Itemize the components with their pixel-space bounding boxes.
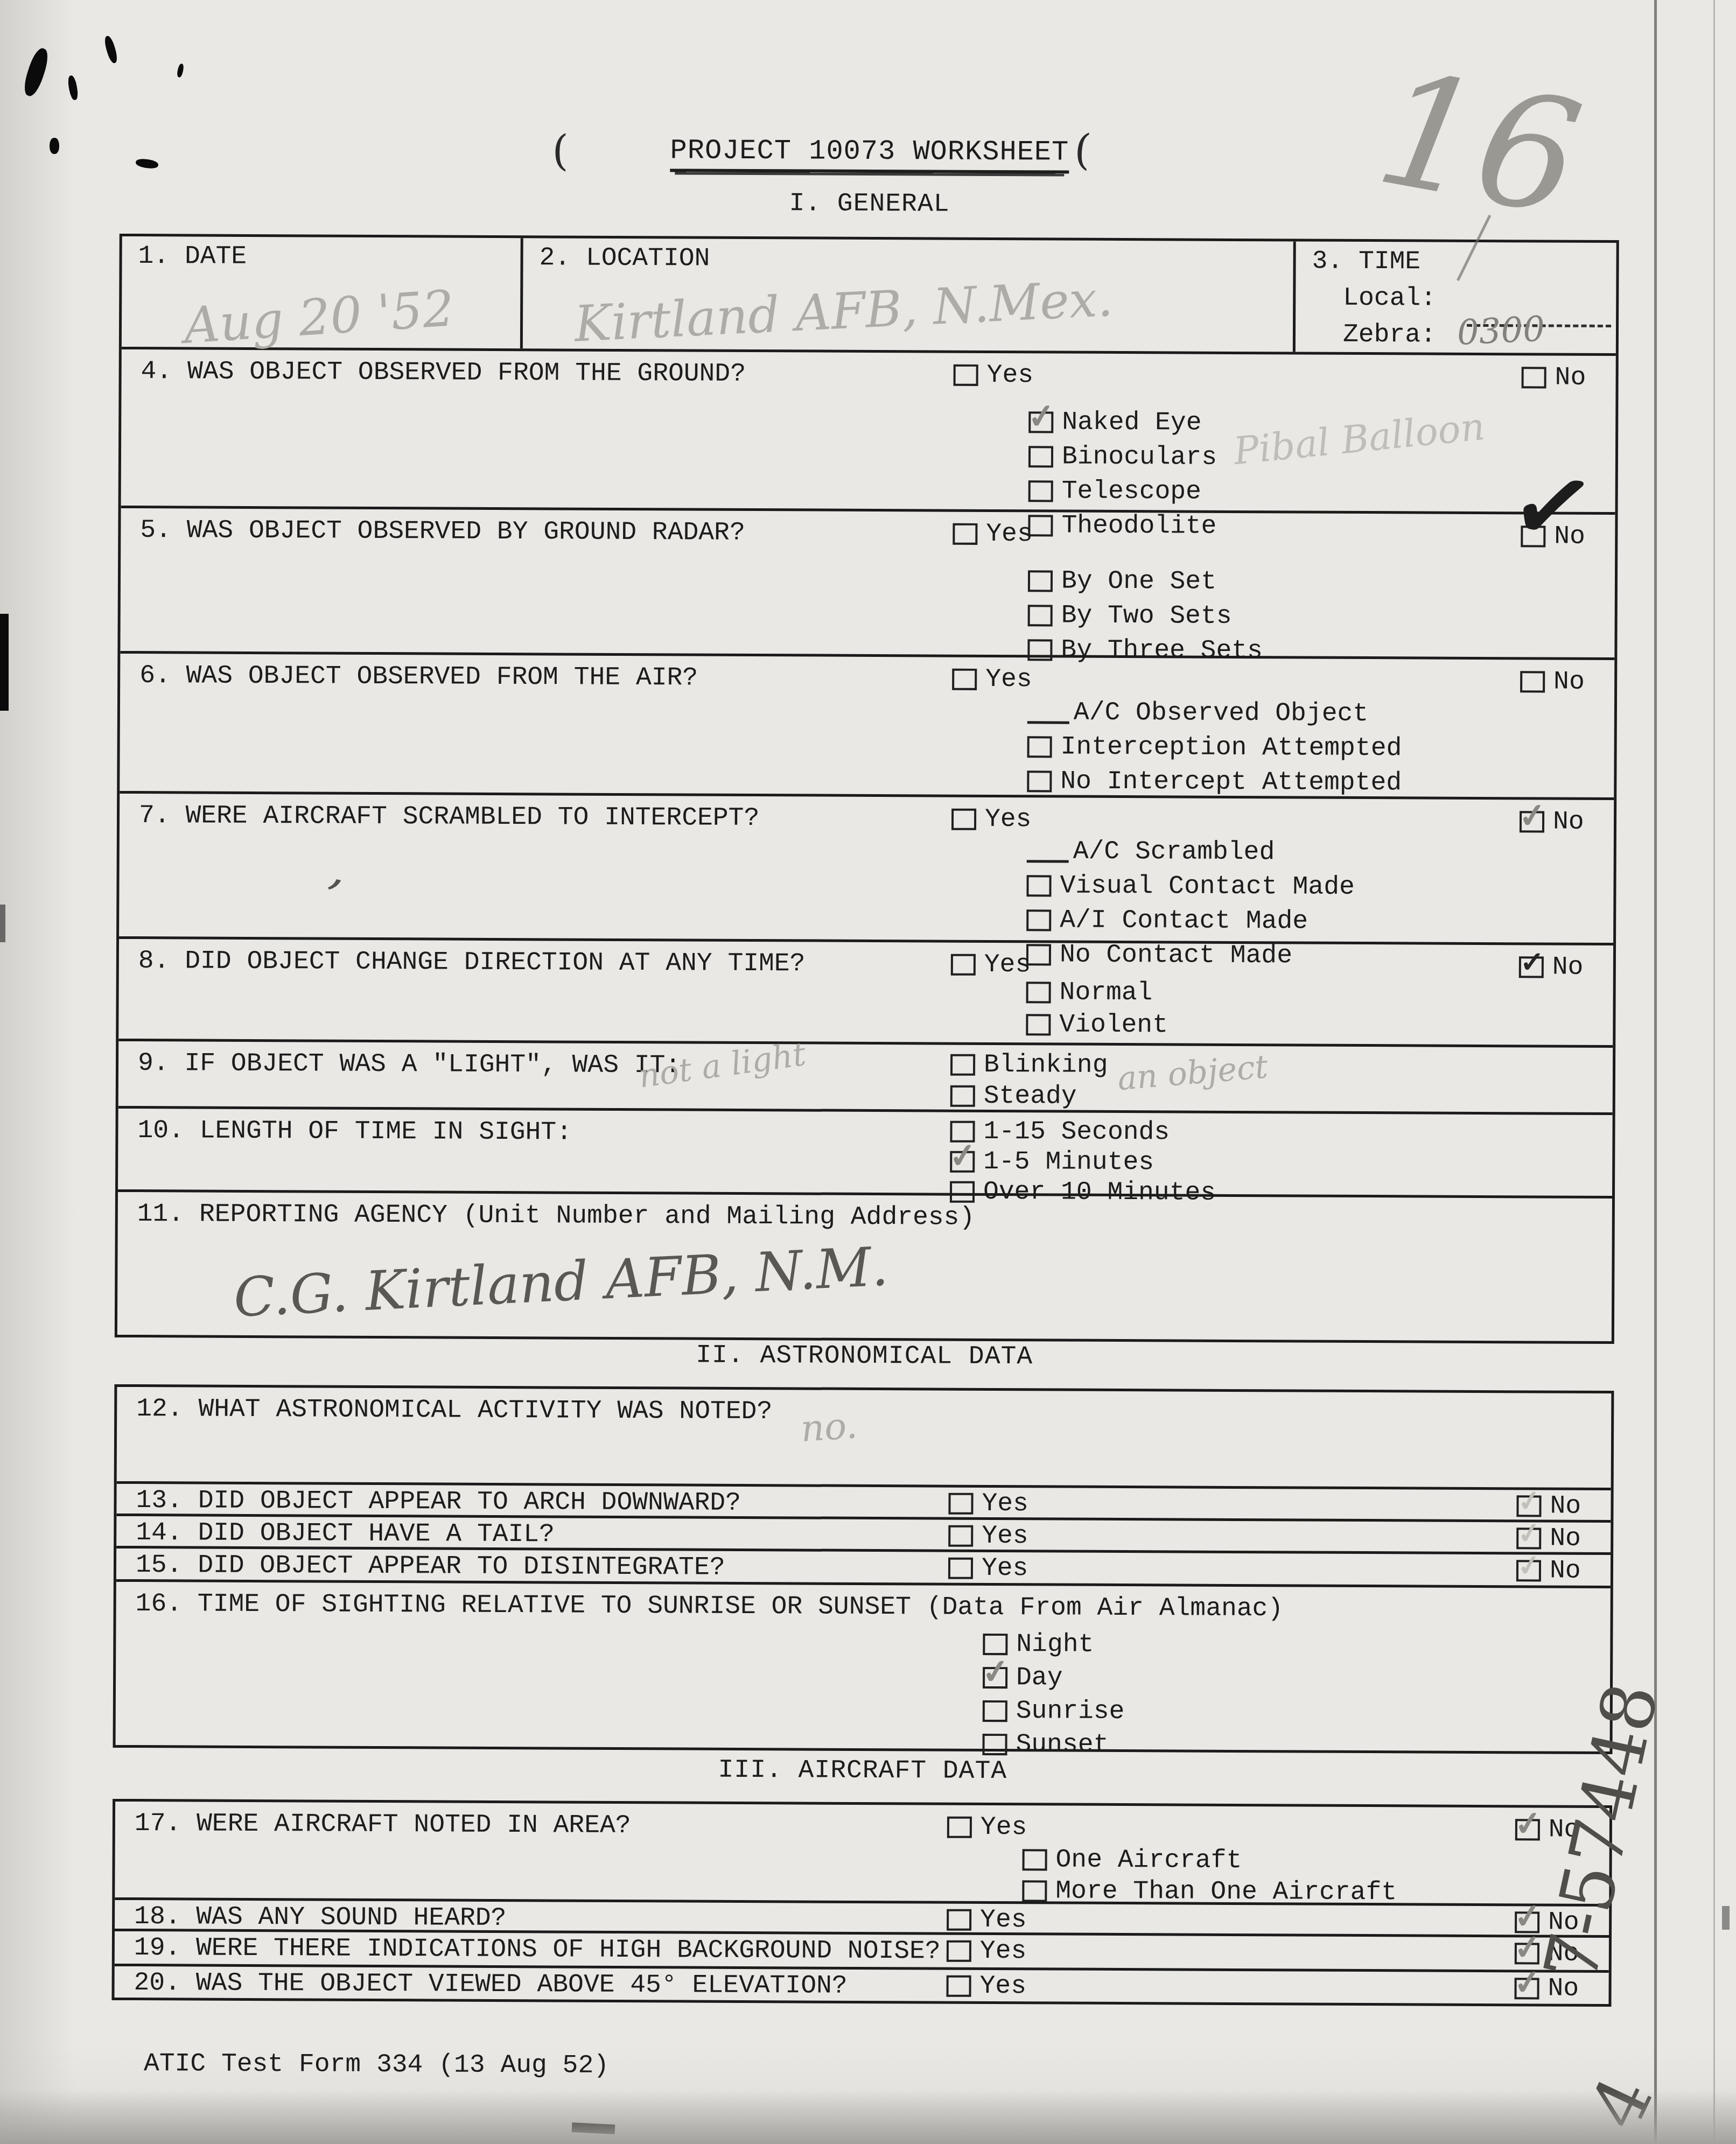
question-7-yes-checkbox xyxy=(951,809,976,830)
yes-label: Yes xyxy=(982,1522,1028,1551)
option-ac-scrambled: A/C Scrambled xyxy=(1027,834,1355,870)
option-binoculars-checkbox xyxy=(1028,446,1053,467)
option-ac-observed-object: A/C Observed Object xyxy=(1027,695,1402,731)
question-13-text: 13. DID OBJECT APPEAR TO ARCH DOWNWARD? xyxy=(136,1486,741,1518)
no-label: No xyxy=(1550,1557,1581,1586)
question-17-no-checkbox xyxy=(1515,1819,1540,1840)
option-telescope-label: Telescope xyxy=(1062,477,1201,507)
option-sunset-checkbox xyxy=(982,1734,1007,1755)
question-13-yes-checkbox xyxy=(948,1493,973,1515)
no-label: No xyxy=(1553,668,1585,697)
film-edge-line xyxy=(1654,0,1657,2144)
question-7-text: 7. WERE AIRCRAFT SCRAMBLED TO INTERCEPT? xyxy=(139,801,759,833)
film-edge-mark xyxy=(0,614,9,711)
yes-label: Yes xyxy=(984,950,1031,979)
question-14-no-checkbox xyxy=(1516,1528,1541,1549)
question-7-no: No xyxy=(1520,807,1584,837)
option-binoculars: Binoculars xyxy=(1028,439,1217,475)
option-more-than-one-aircraft-checkbox xyxy=(1022,1880,1047,1902)
question-4-text: 4. WAS OBJECT OBSERVED FROM THE GROUND? xyxy=(141,357,746,389)
question-12-row: 12. WHAT ASTRONOMICAL ACTIVITY WAS NOTED… xyxy=(117,1387,1612,1490)
option-no-intercept-attempted: No Intercept Attempted xyxy=(1027,764,1402,800)
option-no-intercept-attempted-checkbox xyxy=(1027,770,1052,792)
question-10-row: 10. LENGTH OF TIME IN SIGHT: 1-15 Second… xyxy=(118,1109,1613,1199)
blank-line-prefix xyxy=(1027,702,1069,724)
option-night-label: Night xyxy=(1016,1630,1094,1659)
question-6-text: 6. WAS OBJECT OBSERVED FROM THE AIR? xyxy=(139,661,698,693)
option-no-intercept-attempted-label: No Intercept Attempted xyxy=(1060,767,1402,798)
question-19-yes: Yes xyxy=(947,1937,1027,1966)
option-by-two-sets-checkbox xyxy=(1028,605,1053,626)
option-normal: Normal xyxy=(1026,976,1168,1009)
question-14-yes-checkbox xyxy=(948,1525,973,1547)
option-1-15-seconds-label: 1-15 Seconds xyxy=(983,1117,1170,1147)
option-steady-label: Steady xyxy=(984,1082,1077,1111)
option-visual-contact-made-checkbox xyxy=(1026,875,1051,896)
option-sunrise: Sunrise xyxy=(983,1694,1125,1728)
date-handwritten-value: Aug 20 '52 xyxy=(182,279,456,355)
scan-bottom-shadow xyxy=(0,2090,1736,2144)
question-4-yes-checkbox xyxy=(954,365,978,386)
aircraft-table: 17. WERE AIRCRAFT NOTED IN AREA? Yes No … xyxy=(111,1799,1612,2007)
option-day: Day xyxy=(983,1661,1125,1695)
question-16-text: 16. TIME OF SIGHTING RELATIVE TO SUNRISE… xyxy=(136,1589,1284,1623)
question-6-yes: Yes xyxy=(952,665,1032,695)
no-label: No xyxy=(1553,808,1584,837)
option-visual-contact-made-label: Visual Contact Made xyxy=(1060,872,1355,902)
yes-label: Yes xyxy=(980,1905,1027,1935)
question-10-text: 10. LENGTH OF TIME IN SIGHT: xyxy=(137,1116,572,1147)
form-number-footer: ATIC Test Form 334 (13 Aug 52) xyxy=(144,2049,609,2080)
option-steady: Steady xyxy=(950,1081,1108,1112)
option-by-one-set-label: By One Set xyxy=(1061,567,1216,597)
question-8-text: 8. DID OBJECT CHANGE DIRECTION AT ANY TI… xyxy=(138,947,806,978)
option-violent-label: Violent xyxy=(1059,1011,1168,1040)
option-telescope-checkbox xyxy=(1028,480,1053,502)
option-day-checkbox xyxy=(983,1667,1007,1688)
question-20-yes: Yes xyxy=(946,1972,1026,2001)
option-one-aircraft: One Aircraft xyxy=(1022,1844,1397,1877)
option-normal-label: Normal xyxy=(1060,978,1153,1008)
time-local-label: Local: xyxy=(1343,284,1436,313)
question-9-row: 9. IF OBJECT WAS A "LIGHT", WAS IT: Blin… xyxy=(118,1041,1613,1115)
question-15-no: No xyxy=(1516,1556,1581,1586)
question-4-yes: Yes xyxy=(954,361,1034,390)
question-15-no-checkbox xyxy=(1516,1560,1541,1581)
option-more-than-one-aircraft: More Than One Aircraft xyxy=(1022,1875,1397,1908)
yes-label: Yes xyxy=(982,1554,1028,1583)
general-table: 1. DATE Aug 20 '52 2. LOCATION Kirtland … xyxy=(115,234,1619,1344)
film-edge-line xyxy=(1713,0,1715,2144)
no-label: No xyxy=(1550,1524,1581,1553)
yes-label: Yes xyxy=(985,665,1032,694)
question-5-text: 5. WAS OBJECT OBSERVED BY GROUND RADAR? xyxy=(140,516,745,548)
film-edge-mark xyxy=(0,905,5,942)
yes-label: Yes xyxy=(981,1813,1027,1842)
option-naked-eye: Naked Eye xyxy=(1028,405,1217,440)
question-11-row: 11. REPORTING AGENCY (Unit Number and Ma… xyxy=(117,1192,1612,1341)
option-day-label: Day xyxy=(1016,1663,1063,1692)
form-content: ( PROJECT 10073 WORKSHEET ( I. GENERAL 1… xyxy=(0,0,1736,2144)
question-8-no-checkbox xyxy=(1519,956,1544,978)
pencil-stray-mark: , xyxy=(325,839,354,898)
question-6-row: 6. WAS OBJECT OBSERVED FROM THE AIR? Yes… xyxy=(120,654,1614,800)
question-7-row: 7. WERE AIRCRAFT SCRAMBLED TO INTERCEPT?… xyxy=(119,794,1614,945)
option-ai-contact-made-checkbox xyxy=(1026,909,1051,931)
question-5-no-checkbox xyxy=(1521,526,1545,547)
date-field: 1. DATE Aug 20 '52 xyxy=(122,236,523,348)
date-label: 1. DATE xyxy=(138,242,247,271)
location-field: 2. LOCATION Kirtland AFB, N.Mex. xyxy=(523,238,1296,352)
question-18-yes: Yes xyxy=(947,1905,1027,1935)
question-15-text: 15. DID OBJECT APPEAR TO DISINTEGRATE? xyxy=(136,1551,725,1582)
question-4-no: No xyxy=(1522,363,1586,393)
option-by-one-set: By One Set xyxy=(1028,564,1263,599)
question-5-yes-checkbox xyxy=(953,523,977,545)
option-steady-checkbox xyxy=(950,1085,975,1107)
option-naked-eye-label: Naked Eye xyxy=(1062,408,1201,438)
question-20-text: 20. WAS THE OBJECT VIEWED ABOVE 45° ELEV… xyxy=(134,1968,847,2001)
no-label: No xyxy=(1555,363,1586,393)
question-19-row: 19. WERE THERE INDICATIONS OF HIGH BACKG… xyxy=(115,1931,1609,1973)
option-by-two-sets: By Two Sets xyxy=(1028,598,1263,634)
location-handwritten-value: Kirtland AFB, N.Mex. xyxy=(573,270,1114,353)
question-13-no-checkbox xyxy=(1516,1495,1541,1517)
question-13-no: No xyxy=(1516,1491,1581,1521)
question-14-yes: Yes xyxy=(948,1522,1028,1551)
astronomical-table: 12. WHAT ASTRONOMICAL ACTIVITY WAS NOTED… xyxy=(113,1384,1614,1754)
question-19-text: 19. WERE THERE INDICATIONS OF HIGH BACKG… xyxy=(134,1933,941,1966)
option-sunrise-checkbox xyxy=(983,1700,1007,1722)
question-14-text: 14. DID OBJECT HAVE A TAIL? xyxy=(136,1518,555,1549)
scan-smudge xyxy=(1722,1906,1730,1930)
question-5-no: No xyxy=(1521,522,1585,551)
question-19-yes-checkbox xyxy=(947,1940,971,1962)
question-4-no-checkbox xyxy=(1522,367,1546,388)
question-15-yes-checkbox xyxy=(948,1558,973,1579)
section-3-heading: III. AIRCRAFT DATA xyxy=(113,1753,1612,1789)
option-blinking: Blinking xyxy=(950,1049,1108,1081)
option-naked-eye-checkbox xyxy=(1028,411,1053,433)
question-7-no-checkbox xyxy=(1520,811,1544,832)
yes-label: Yes xyxy=(985,805,1032,834)
option-ai-contact-made-label: A/I Contact Made xyxy=(1060,906,1308,936)
pencil-not-a-light-note: not a light xyxy=(636,1035,808,1095)
question-13-yes: Yes xyxy=(948,1489,1028,1519)
yes-label: Yes xyxy=(979,1972,1026,2001)
question-6-no: No xyxy=(1520,667,1585,697)
yes-label: Yes xyxy=(987,361,1034,390)
question-17-yes-checkbox xyxy=(947,1817,972,1838)
blank-line-prefix xyxy=(1027,840,1069,863)
question-6-no-checkbox xyxy=(1520,671,1545,692)
option-one-aircraft-checkbox xyxy=(1023,1849,1047,1870)
section-2-heading: II. ASTRONOMICAL DATA xyxy=(115,1339,1614,1374)
question-5-row: 5. WAS OBJECT OBSERVED BY GROUND RADAR? … xyxy=(120,508,1615,660)
option-1-5-minutes-checkbox xyxy=(950,1151,975,1173)
question-14-no: No xyxy=(1516,1524,1581,1553)
time-zebra-label: Zebra: xyxy=(1343,320,1436,350)
time-zebra-handwritten-value: 0300 xyxy=(1456,309,1545,353)
option-normal-checkbox xyxy=(1026,982,1051,1003)
option-ai-contact-made: A/I Contact Made xyxy=(1026,903,1355,939)
question-8-yes: Yes xyxy=(951,950,1031,980)
pencil-an-object-note: an object xyxy=(1116,1048,1270,1098)
option-visual-contact-made: Visual Contact Made xyxy=(1026,868,1355,905)
question-8-no: No xyxy=(1519,952,1584,982)
option-by-two-sets-label: By Two Sets xyxy=(1061,601,1232,631)
date-location-time-row: 1. DATE Aug 20 '52 2. LOCATION Kirtland … xyxy=(122,236,1616,356)
question-4-row: 4. WAS OBJECT OBSERVED FROM THE GROUND? … xyxy=(121,349,1616,515)
reporting-agency-handwritten-value: C.G. Kirtland AFB, N.M. xyxy=(232,1235,890,1329)
yes-label: Yes xyxy=(982,1489,1028,1518)
option-ac-observed-object-label: A/C Observed Object xyxy=(1074,698,1369,728)
question-17-yes: Yes xyxy=(947,1813,1027,1842)
question-20-yes-checkbox xyxy=(947,1975,971,1997)
question-17-text: 17. WERE AIRCRAFT NOTED IN AREA? xyxy=(135,1809,631,1840)
scanned-worksheet-page: ( PROJECT 10073 WORKSHEET ( I. GENERAL 1… xyxy=(0,0,1736,2144)
question-20-row: 20. WAS THE OBJECT VIEWED ABOVE 45° ELEV… xyxy=(114,1966,1608,2004)
option-blinking-checkbox xyxy=(950,1054,975,1076)
option-interception-attempted: Interception Attempted xyxy=(1027,730,1402,766)
option-1-5-minutes-label: 1-5 Minutes xyxy=(983,1147,1154,1177)
no-label: No xyxy=(1550,1492,1581,1521)
question-15-yes: Yes xyxy=(948,1554,1028,1584)
time-label: 3. TIME xyxy=(1312,247,1420,277)
question-18-text: 18. WAS ANY SOUND HEARD? xyxy=(134,1902,507,1933)
option-ac-scrambled-label: A/C Scrambled xyxy=(1073,837,1275,867)
question-6-yes-checkbox xyxy=(952,669,977,690)
yes-label: Yes xyxy=(986,520,1033,549)
option-violent-checkbox xyxy=(1026,1014,1051,1035)
option-1-15-seconds: 1-15 Seconds xyxy=(950,1117,1216,1148)
question-11-text: 11. REPORTING AGENCY (Unit Number and Ma… xyxy=(137,1200,975,1232)
option-telescope: Telescope xyxy=(1028,474,1217,509)
question-5-yes: Yes xyxy=(953,520,1033,549)
option-sunrise-label: Sunrise xyxy=(1016,1697,1125,1726)
question-8-yes-checkbox xyxy=(951,954,976,976)
question-18-yes-checkbox xyxy=(947,1909,971,1931)
question-12-text: 12. WHAT ASTRONOMICAL ACTIVITY WAS NOTED… xyxy=(136,1395,772,1426)
option-sunset-label: Sunset xyxy=(1016,1730,1109,1760)
scan-smudge xyxy=(50,138,59,154)
question-7-yes: Yes xyxy=(951,805,1032,835)
option-1-5-minutes: 1-5 Minutes xyxy=(950,1147,1216,1178)
yes-label: Yes xyxy=(980,1937,1027,1966)
question-16-row: 16. TIME OF SIGHTING RELATIVE TO SUNRISE… xyxy=(116,1582,1611,1751)
pencil-balloon-note: Pibal Balloon xyxy=(1231,404,1487,473)
option-one-aircraft-label: One Aircraft xyxy=(1055,1846,1242,1876)
astro-activity-handwritten-value: no. xyxy=(800,1404,859,1451)
question-17-row: 17. WERE AIRCRAFT NOTED IN AREA? Yes No … xyxy=(115,1802,1609,1907)
option-interception-attempted-label: Interception Attempted xyxy=(1061,733,1402,763)
pencil-page-number: 16 xyxy=(1365,38,1593,251)
question-20-no-checkbox xyxy=(1514,1978,1539,1999)
option-violent: Violent xyxy=(1026,1008,1168,1041)
time-field: 3. TIME Local: Zebra: 0300 xyxy=(1296,241,1614,353)
location-label: 2. LOCATION xyxy=(539,243,710,273)
option-more-than-one-aircraft-label: More Than One Aircraft xyxy=(1055,1877,1397,1908)
question-9-text: 9. IF OBJECT WAS A "LIGHT", WAS IT: xyxy=(138,1049,681,1080)
question-8-row: 8. DID OBJECT CHANGE DIRECTION AT ANY TI… xyxy=(118,939,1613,1048)
option-by-one-set-checkbox xyxy=(1028,570,1053,592)
option-binoculars-label: Binoculars xyxy=(1062,443,1217,472)
option-interception-attempted-checkbox xyxy=(1027,736,1052,758)
option-blinking-label: Blinking xyxy=(984,1050,1108,1080)
no-label: No xyxy=(1552,953,1584,982)
